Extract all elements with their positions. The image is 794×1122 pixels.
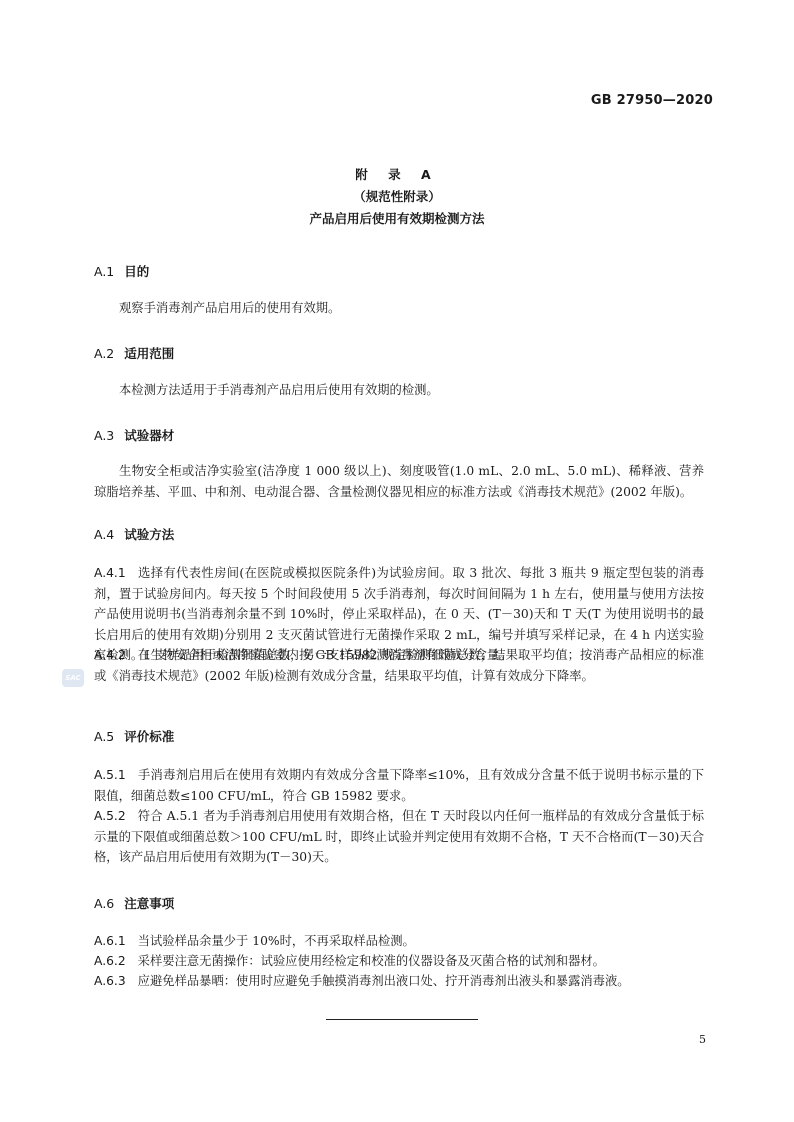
appendix-title: 产品启用后使用有效期检测方法 [0, 208, 794, 230]
footer-divider [326, 1019, 478, 1020]
clause-text: 采样要注意无菌操作：试验应使用经检定和校准的仪器设备及灭菌合格的试剂和器材。 [138, 954, 605, 968]
clause-number: A.6.2 [94, 954, 126, 968]
appendix-type: （规范性附录） [0, 186, 794, 208]
section-a3-paragraph: 生物安全柜或洁净实验室(洁净度 1 000 级以上)、刻度吸管(1.0 mL、2… [94, 461, 704, 502]
clause-text: 在生物安全柜或洁净实验室内按 GB 15982 规定检测细菌总数，结果取平均值；… [94, 648, 704, 683]
section-title: 注意事项 [124, 896, 174, 911]
clause-number: A.5.2 [94, 809, 126, 823]
section-title: 适用范围 [124, 346, 174, 361]
section-a2-paragraph: 本检测方法适用于手消毒剂产品启用后使用有效期的检测。 [94, 380, 704, 401]
clause-a6-1: A.6.1当试验样品余量少于 10%时，不再采取样品检测。 [94, 931, 704, 952]
clause-a5-1: A.5.1手消毒剂启用后在使用有效期内有效成分含量下降率≤10%，且有效成分含量… [94, 765, 704, 806]
clause-a5-2: A.5.2符合 A.5.1 者为手消毒剂启用使用有效期合格，但在 T 天时段以内… [94, 806, 704, 868]
clause-number: A.6.1 [94, 934, 126, 948]
section-number: A.2 [94, 346, 114, 361]
section-a1-paragraph: 观察手消毒剂产品启用后的使用有效期。 [94, 298, 704, 319]
clause-text: 应避免样品暴晒：使用时应避免手触摸消毒剂出液口处、拧开消毒剂出液头和暴露消毒液。 [138, 974, 630, 988]
section-title: 评价标准 [124, 729, 174, 744]
clause-a6-3: A.6.3应避免样品暴晒：使用时应避免手触摸消毒剂出液口处、拧开消毒剂出液头和暴… [94, 971, 704, 992]
section-number: A.6 [94, 896, 114, 911]
section-a2-heading: A.2适用范围 [94, 344, 174, 362]
section-a4-heading: A.4试验方法 [94, 525, 174, 543]
section-a5-heading: A.5评价标准 [94, 727, 174, 745]
section-number: A.1 [94, 264, 114, 279]
appendix-heading: 附 录 A （规范性附录） 产品启用后使用有效期检测方法 [0, 164, 794, 230]
clause-a6-2: A.6.2采样要注意无菌操作：试验应使用经检定和校准的仪器设备及灭菌合格的试剂和… [94, 951, 704, 972]
section-title: 目的 [124, 264, 149, 279]
clause-text: 符合 A.5.1 者为手消毒剂启用使用有效期合格，但在 T 天时段以内任何一瓶样… [94, 809, 704, 864]
clause-number: A.4.2 [94, 648, 126, 662]
clause-a4-2: A.4.2在生物安全柜或洁净实验室内按 GB 15982 规定检测细菌总数，结果… [94, 645, 704, 686]
section-a6-heading: A.6注意事项 [94, 894, 174, 912]
standard-code: GB 27950—2020 [591, 93, 713, 108]
clause-number: A.6.3 [94, 974, 126, 988]
section-number: A.4 [94, 527, 114, 542]
appendix-label: 附 录 A [0, 164, 794, 186]
clause-number: A.4.1 [94, 566, 126, 580]
clause-number: A.5.1 [94, 768, 126, 782]
section-title: 试验方法 [124, 527, 174, 542]
section-a1-heading: A.1目的 [94, 262, 149, 280]
section-title: 试验器材 [124, 428, 174, 443]
section-number: A.3 [94, 428, 114, 443]
section-number: A.5 [94, 729, 114, 744]
section-a3-heading: A.3试验器材 [94, 426, 174, 444]
clause-text: 手消毒剂启用后在使用有效期内有效成分含量下降率≤10%，且有效成分含量不低于说明… [94, 768, 704, 803]
clause-text: 当试验样品余量少于 10%时，不再采取样品检测。 [138, 934, 415, 948]
page-number: 5 [699, 1033, 706, 1046]
sac-watermark-logo: SAC [62, 669, 84, 687]
